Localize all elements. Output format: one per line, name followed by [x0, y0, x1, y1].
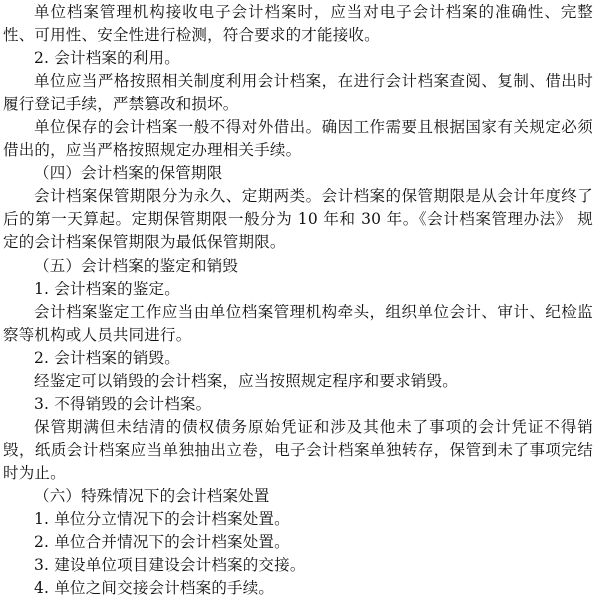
paragraph: 单位保存的会计档案一般不得对外借出。确因工作需要且根据国家有关规定必须借出的，应…	[3, 116, 593, 162]
paragraph: 2. 单位合并情况下的会计档案处置。	[3, 531, 593, 554]
paragraph: 会计档案鉴定工作应当由单位档案管理机构牵头，组织单位会计、审计、纪检监察等机构或…	[3, 301, 593, 347]
paragraph: 单位应当严格按照相关制度利用会计档案，在进行会计档案查阅、复制、借出时履行登记手…	[3, 70, 593, 116]
paragraph: 1. 会计档案的鉴定。	[3, 278, 593, 301]
paragraph: 保管期满但未结清的债权债务原始凭证和涉及其他未了事项的会计凭证不得销毁，纸质会计…	[3, 416, 593, 485]
paragraph: 会计档案保管期限分为永久、定期两类。会计档案的保管期限是从会计年度终了后的第一天…	[3, 185, 593, 254]
paragraph: 2. 会计档案的销毁。	[3, 347, 593, 370]
paragraph: 1. 单位分立情况下的会计档案处置。	[3, 508, 593, 531]
paragraph: 4. 单位之间交接会计档案的手续。	[3, 577, 593, 600]
paragraph: 3. 建设单位项目建设会计档案的交接。	[3, 554, 593, 577]
section-heading: （六）特殊情况下的会计档案处置	[3, 485, 593, 508]
paragraph: 2. 会计档案的利用。	[3, 47, 593, 70]
paragraph: 3. 不得销毁的会计档案。	[3, 393, 593, 416]
section-heading: （四）会计档案的保管期限	[3, 162, 593, 185]
section-heading: （五）会计档案的鉴定和销毁	[3, 255, 593, 278]
paragraph: 单位档案管理机构接收电子会计档案时，应当对电子会计档案的准确性、完整性、可用性、…	[3, 1, 593, 47]
document-body: 单位档案管理机构接收电子会计档案时，应当对电子会计档案的准确性、完整性、可用性、…	[3, 1, 593, 600]
document-page: 单位档案管理机构接收电子会计档案时，应当对电子会计档案的准确性、完整性、可用性、…	[0, 0, 596, 600]
paragraph: 经鉴定可以销毁的会计档案，应当按照规定程序和要求销毁。	[3, 370, 593, 393]
